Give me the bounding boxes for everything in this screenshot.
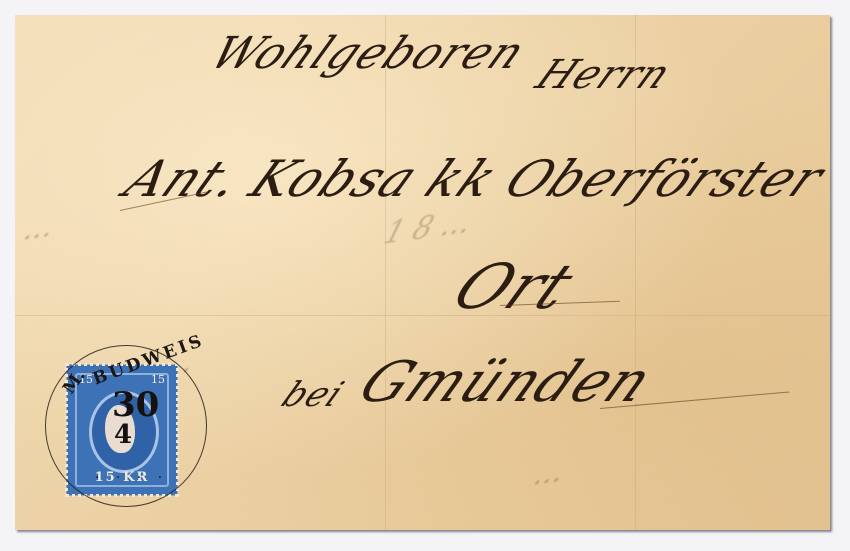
locality-text: Gmünden <box>348 350 665 415</box>
recipient-text: Ant. Kobsa kk Oberförster <box>115 150 835 208</box>
fold-line <box>15 315 830 316</box>
bleed-through-writing: ... <box>529 452 569 493</box>
bleed-through-writing: ... <box>19 207 59 248</box>
fold-line <box>385 15 386 530</box>
postmark-day: 30 <box>112 385 159 425</box>
salutation-text: Wohlgeboren <box>201 28 535 79</box>
postmark-dots: · · · · <box>95 470 168 486</box>
bleed-through-writing: 1 8 ... <box>380 203 476 252</box>
postmark-month: 4 <box>114 420 132 450</box>
title-text: Herrn <box>528 52 680 98</box>
